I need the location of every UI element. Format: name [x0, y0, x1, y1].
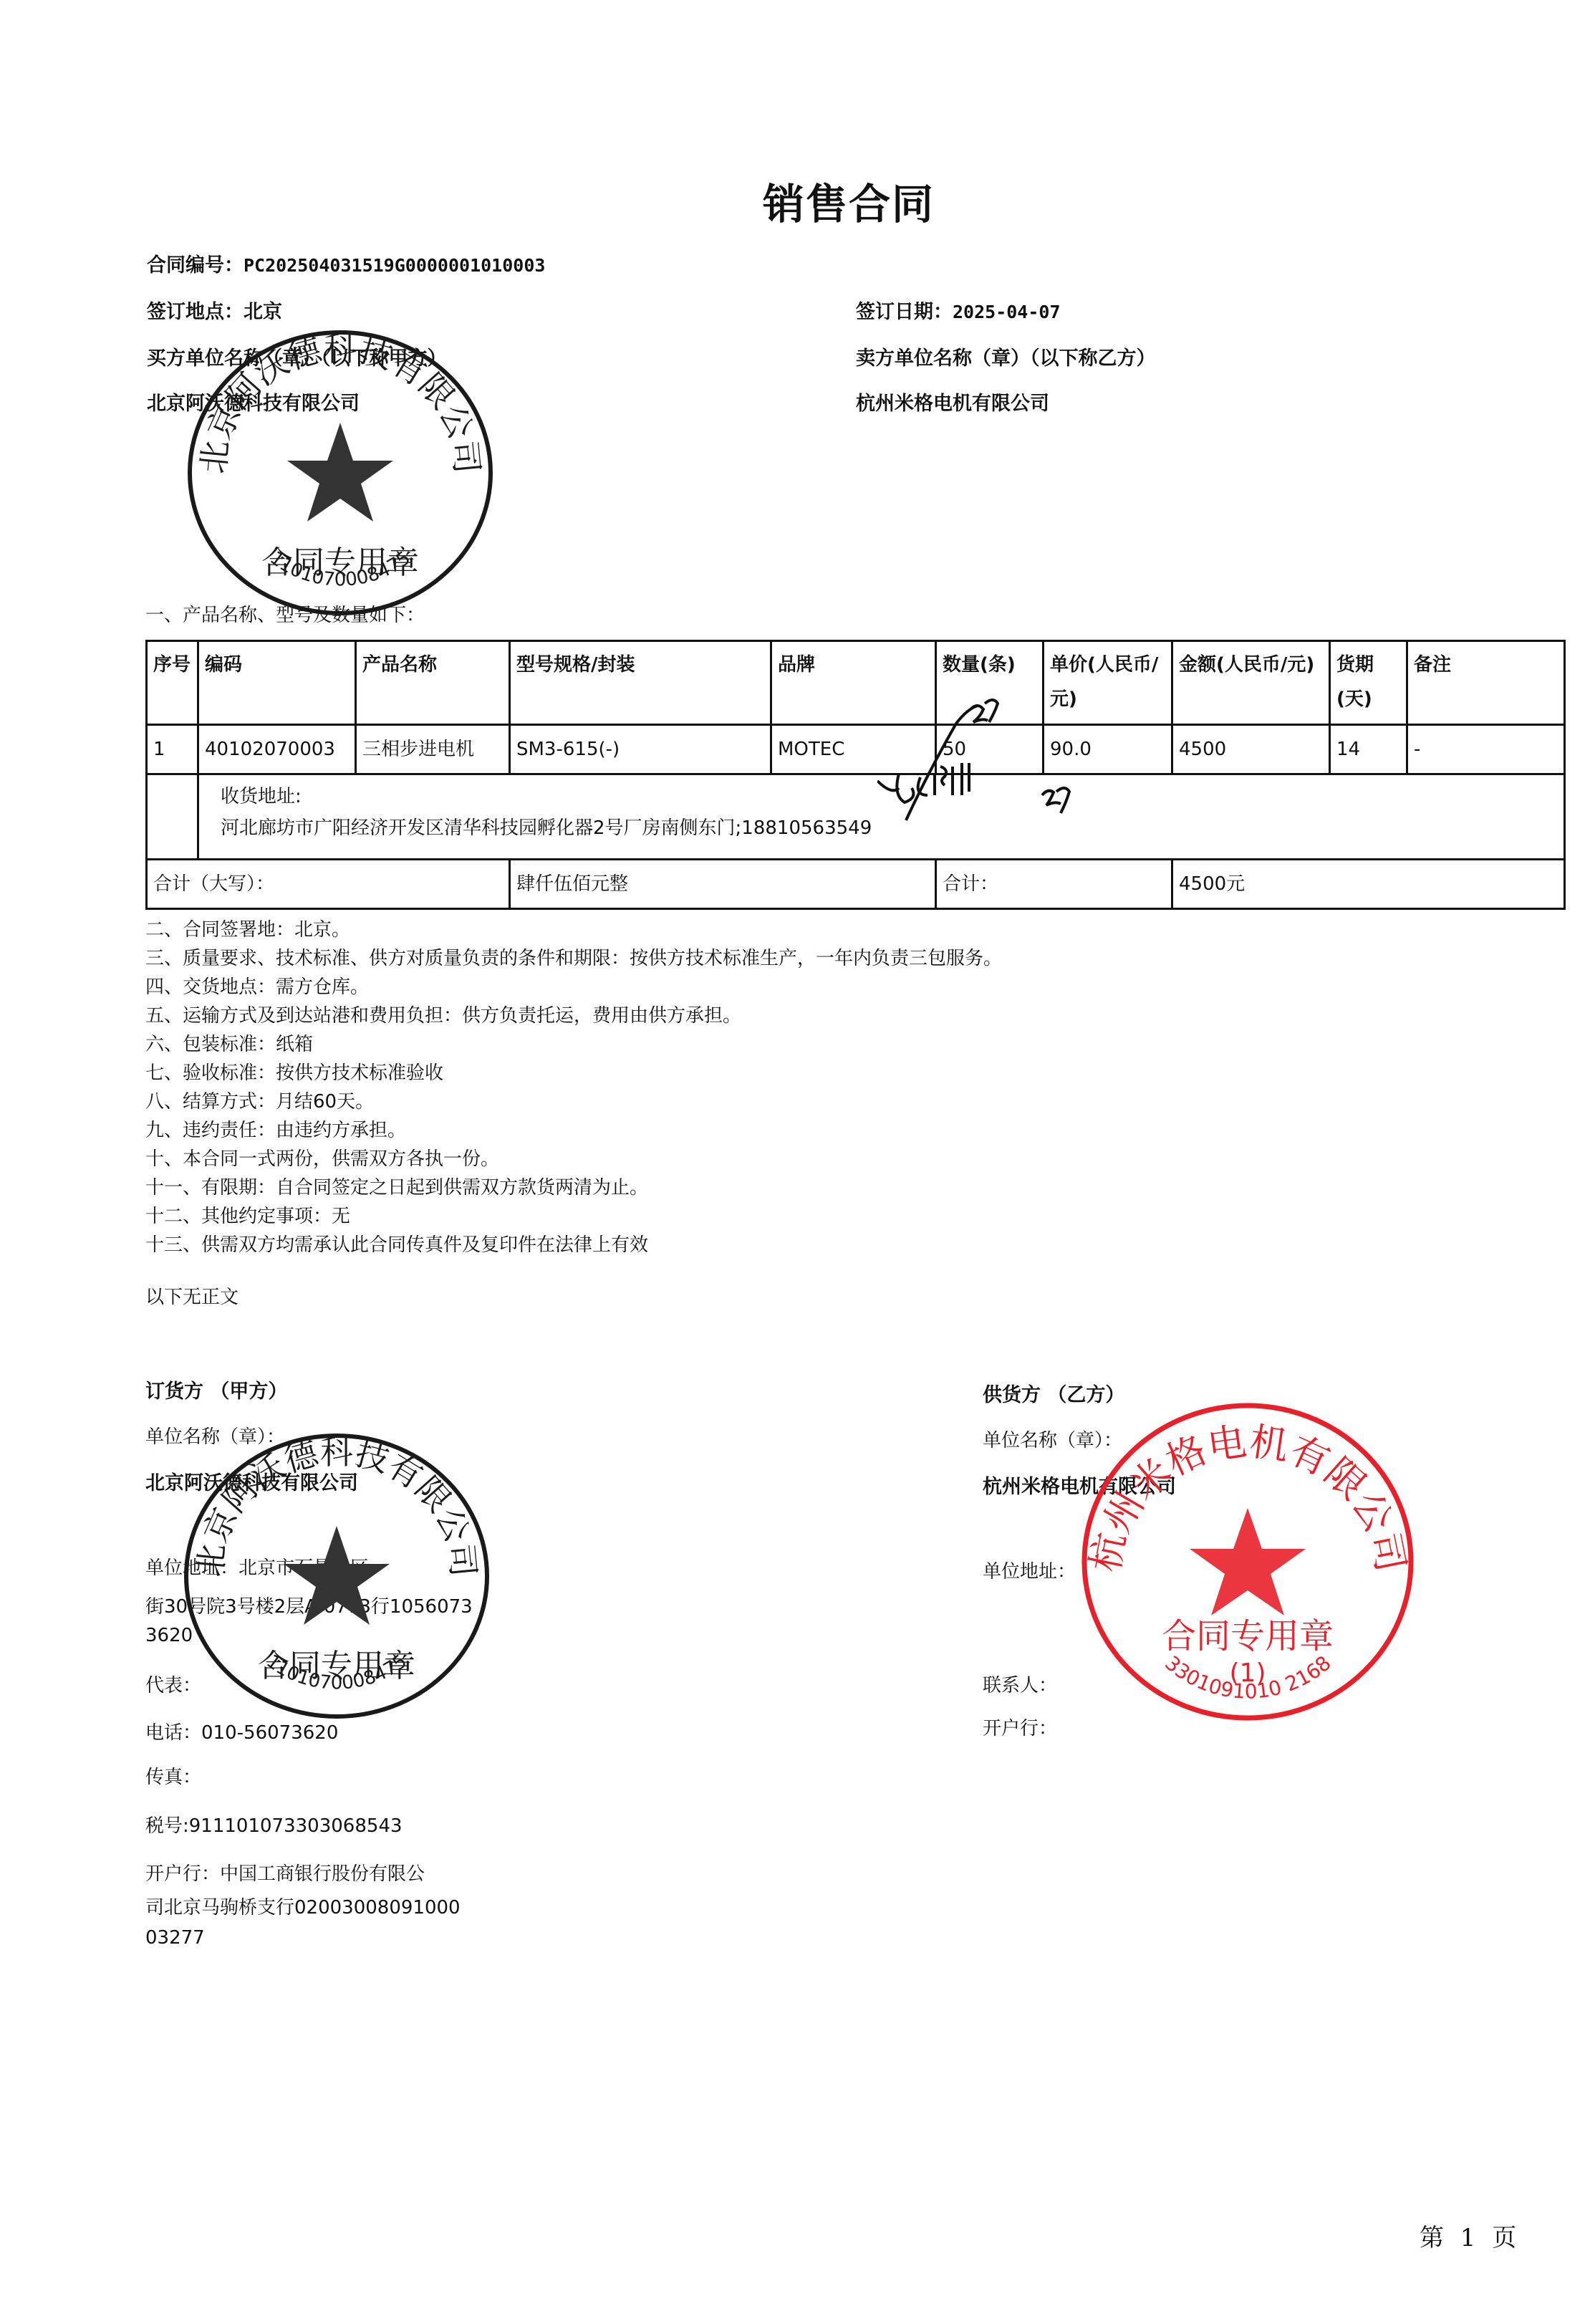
signing-date-value: 2025-04-07 — [953, 302, 1061, 322]
signing-date-label: 签订日期： — [856, 301, 953, 323]
table-header-row: 序号 编码 产品名称 型号规格/封装 品牌 数量(条) 单价(人民币/元) 金额… — [147, 641, 1565, 725]
total-label: 合计： — [936, 860, 1172, 909]
cell-model: SM3-615(-) — [510, 725, 771, 774]
party-b-address-label: 单位地址： — [983, 1557, 1076, 1583]
term-item: 八、结算方式：月结60天。 — [145, 1087, 1002, 1116]
signing-place: 签订地点：北京 — [147, 296, 282, 324]
cell-seq: 1 — [147, 725, 198, 774]
header-amount: 金额(人民币/元) — [1172, 641, 1330, 725]
term-item: 十三、供需双方均需承认此合同传真件及复印件在法律上有效 — [145, 1231, 1002, 1259]
party-a-tax-value: 91110107330306854​3 — [189, 1815, 403, 1837]
party-a-bank-line1: 中国工商银行股份有限公 — [220, 1863, 425, 1885]
cell-amount: 4500 — [1172, 725, 1330, 774]
party-a-bank: 开户行：中国工商银行股份有限公 — [145, 1859, 425, 1886]
items-table: 序号 编码 产品名称 型号规格/封装 品牌 数量(条) 单价(人民币/元) 金额… — [145, 640, 1566, 910]
total-caps-value: 肆仟伍佰元整 — [510, 860, 936, 909]
contract-number-label: 合同编号： — [147, 254, 244, 277]
term-item: 九、违约责任：由违约方承担。 — [145, 1116, 1002, 1145]
cell-code: 40102070003 — [198, 725, 356, 774]
header-model: 型号规格/封装 — [510, 641, 771, 725]
buyer-company-stamp: 北京阿沃德科技有限公司 1101070008475 合同专用章 — [183, 326, 498, 620]
contract-number: 合同编号：PC2025040315​19G0000001010003 — [147, 249, 545, 277]
seller-label: 卖方单位名称（章）（以下称乙方） — [856, 342, 1156, 370]
signing-date: 签订日期：2025-04-07 — [856, 296, 1061, 324]
seller-name: 杭州米格电机有限公司 — [856, 388, 1049, 416]
party-a-fax-label: 传真： — [145, 1762, 201, 1789]
total-caps-label: 合计（大写）： — [147, 860, 510, 909]
header-seq: 序号 — [147, 641, 198, 725]
header-lead-days: 货期(天) — [1330, 641, 1407, 725]
svg-text:(1): (1) — [1230, 1658, 1266, 1688]
party-a-bank-line2: 司北京马驹桥支行02003008091000 — [145, 1893, 461, 1919]
terms-list: 二、合同签署地：北京。 三、质量要求、技术标准、供方对质量负责的条件和期限：按供… — [145, 916, 1002, 1259]
signing-place-label: 签订地点： — [147, 301, 244, 323]
handwritten-annotation — [877, 688, 1178, 824]
total-row: 合计（大写）： 肆仟伍佰元整 合计： 4500元 — [147, 860, 1565, 909]
term-item: 十一、有限期：自合同签定之日起到供需双方款货两清为止。 — [145, 1173, 1002, 1202]
term-item: 二、合同签署地：北京。 — [145, 916, 1002, 944]
cell-lead-days: 14 — [1330, 725, 1407, 774]
header-name: 产品名称 — [356, 641, 510, 725]
header-code: 编码 — [198, 641, 356, 725]
term-item: 三、质量要求、技术标准、供方对质量负责的条件和期限：按供方技术标准生产，一年内负… — [145, 944, 1002, 973]
cell-name: 三相步进电机 — [356, 725, 510, 774]
party-a-bank-line3: 03277 — [145, 1927, 205, 1949]
end-note: 以下无正文 — [145, 1282, 238, 1309]
header-remark: 备注 — [1407, 641, 1565, 725]
term-item: 六、包装标准：纸箱 — [145, 1030, 1002, 1059]
term-item: 四、交货地点：需方仓库。 — [145, 973, 1002, 1002]
party-b-contact-label: 联系人： — [983, 1671, 1057, 1697]
party-a-tax-label: 税号: — [145, 1815, 189, 1837]
term-item: 五、运输方式及到达站港和费用负担：供方负责托运，费用由供方承担。 — [145, 1002, 1002, 1030]
signing-place-value: 北京 — [244, 301, 282, 323]
contract-number-value: PC2025040315​19G0000001010003 — [244, 255, 545, 276]
svg-text:合同专用章: 合同专用章 — [1162, 1616, 1334, 1656]
buyer-company-stamp-signature: 北京阿沃德科技有限公司 1101070008475 合同专用章 — [179, 1426, 494, 1727]
delivery-address-row: 收货地址: 河北廊坊市广阳经济开发区清华科技园孵化器2号厂房南侧东门;18810… — [147, 774, 1565, 860]
stamp-icon: 北京阿沃德科技有限公司 1101070008475 合同专用章 — [179, 1426, 494, 1727]
document-title: 销售合同 — [0, 171, 1590, 231]
total-value: 4500元 — [1172, 860, 1565, 909]
svg-text:合同专用章: 合同专用章 — [261, 544, 419, 581]
term-item: 七、验收标准：按供方技术标准验收 — [145, 1059, 1002, 1087]
stamp-icon: 杭州米格电机有限公司 3301091010 2168 合同专用章 (1) — [1078, 1401, 1418, 1723]
stamp-icon: 北京阿沃德科技有限公司 1101070008475 合同专用章 — [183, 326, 498, 620]
party-b-bank-label: 开户行： — [983, 1714, 1057, 1740]
cell-remark: - — [1407, 725, 1565, 774]
term-item: 十二、其他约定事项：无 — [145, 1202, 1002, 1231]
party-a-bank-label: 开户行： — [145, 1863, 220, 1885]
party-a-heading: 订货方 （甲方） — [145, 1375, 287, 1403]
term-item: 十、本合同一式两份，供需双方各执一份。 — [145, 1145, 1002, 1173]
table-row: 1 40102070003 三相步进电机 SM3-615(-) MOTEC 50… — [147, 725, 1565, 774]
page-number: 第 1 页 — [1420, 2218, 1521, 2253]
party-a-tax: 税号:91110107330306854​3 — [145, 1811, 403, 1838]
seller-company-stamp: 杭州米格电机有限公司 3301091010 2168 合同专用章 (1) — [1078, 1401, 1418, 1723]
svg-text:合同专用章: 合同专用章 — [258, 1648, 415, 1684]
address-spacer — [147, 774, 198, 860]
